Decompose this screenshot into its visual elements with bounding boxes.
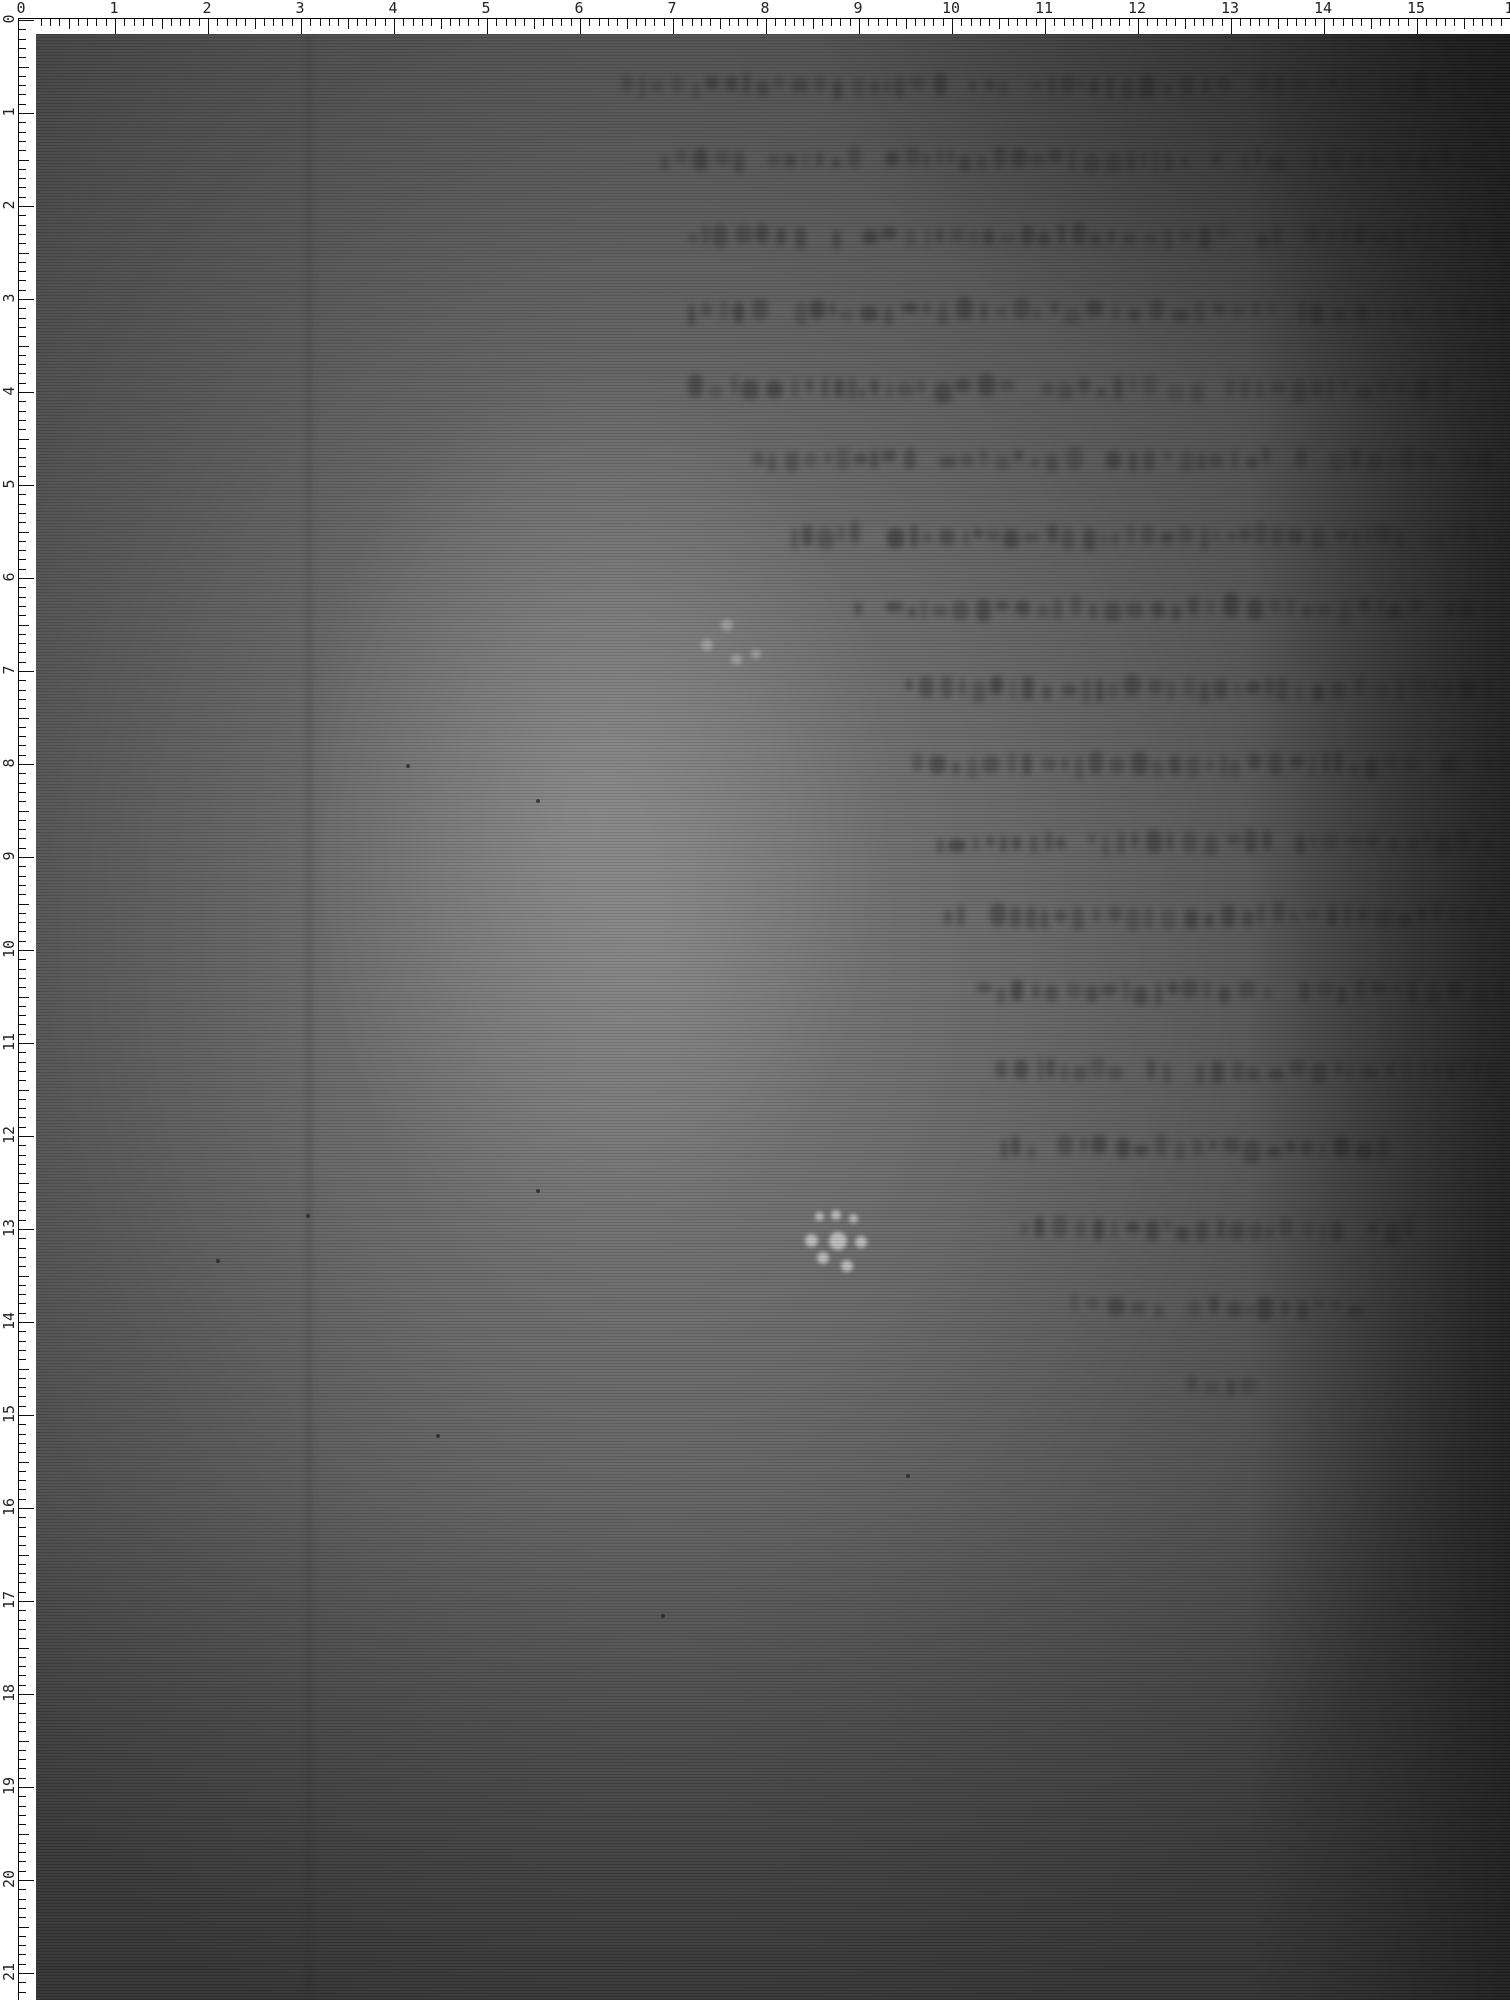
ruler-label: 11: [1, 1033, 17, 1051]
ruler-label: 12: [1, 1126, 17, 1144]
ruler-tick: [19, 1564, 26, 1565]
ruler-tick: [19, 57, 26, 58]
ruler-tick: [96, 19, 97, 26]
ruler-tick: [1464, 19, 1465, 29]
ruler-tick: [19, 1471, 26, 1472]
ruler-tick: [282, 19, 283, 26]
ruler-tick: [180, 19, 181, 26]
ruler-tick: [162, 19, 163, 29]
ruler-tick: [1259, 19, 1260, 26]
ruler-tick: [19, 1285, 26, 1286]
ruler-tick: [459, 19, 460, 26]
ruler-tick: [1296, 19, 1297, 26]
ruler-tick: [1194, 19, 1195, 26]
ruler-tick: [19, 243, 26, 244]
ruler-label: 0: [1, 10, 17, 28]
ruler-tick: [19, 894, 26, 895]
ruler-tick: [19, 1052, 26, 1053]
ruler-tick: [19, 1685, 26, 1686]
ruler-tick: [19, 1266, 26, 1267]
ruler-tick: [710, 19, 711, 26]
dust-speck: [661, 1614, 665, 1618]
ruler-tick: [478, 19, 479, 26]
ruler-tick: [933, 19, 934, 26]
ruler-label: 10: [942, 0, 960, 16]
ruler-tick: [915, 19, 916, 26]
dust-speck: [436, 1434, 440, 1438]
ruler-tick: [1287, 19, 1288, 26]
ruler-tick: [19, 318, 26, 319]
ruler-tick: [654, 19, 655, 26]
ruler-tick: [19, 271, 26, 272]
ruler-label: 2: [1, 196, 17, 214]
ruler-tick: [794, 19, 795, 26]
ruler-tick: [757, 19, 758, 26]
ruler-tick: [19, 1815, 26, 1816]
ruler-tick: [19, 1108, 26, 1109]
ruler-tick: [19, 922, 26, 923]
ruler-tick: [487, 19, 488, 34]
ruler-tick: [19, 801, 26, 802]
ruler-tick: [19, 1117, 26, 1118]
dust-speck: [406, 764, 410, 768]
ruler-label: 13: [1, 1219, 17, 1237]
ruler-tick: [87, 19, 88, 26]
ruler-tick: [636, 19, 637, 26]
ruler-tick: [227, 19, 228, 26]
ruler-tick: [59, 19, 60, 26]
ruler-tick: [199, 19, 200, 26]
ruler-tick: [1026, 19, 1027, 26]
ruler-tick: [1268, 19, 1269, 26]
ruler-tick: [896, 19, 897, 26]
ruler-tick: [19, 652, 26, 653]
ruler-tick: [292, 19, 293, 26]
ruler-tick: [19, 104, 26, 105]
ruler-tick: [19, 383, 26, 384]
ruler-tick: [19, 978, 26, 979]
ruler-tick: [19, 1908, 26, 1909]
ruler-tick: [831, 19, 832, 26]
ruler-tick: [19, 941, 26, 942]
ruler-label: 16: [1, 1498, 17, 1516]
ruler-tick: [124, 19, 125, 26]
ruler-tick: [19, 1861, 26, 1862]
ruler-tick: [19, 411, 26, 412]
ruler-tick: [19, 1638, 26, 1639]
ruler-tick: [19, 1192, 26, 1193]
ruler-tick: [106, 19, 107, 26]
ruler-tick: [19, 1396, 26, 1397]
ruler-label: 4: [1, 382, 17, 400]
ruler-tick: [19, 1806, 26, 1807]
ruler-tick: [19, 160, 29, 161]
ruler-tick: [19, 67, 29, 68]
ruler-tick: [19, 308, 26, 309]
ruler-tick: [19, 541, 26, 542]
ruler-tick: [19, 1424, 26, 1425]
ruler-tick: [19, 1936, 26, 1937]
ruler-tick: [19, 643, 26, 644]
ruler-tick: [1166, 19, 1167, 26]
ruler-tick: [375, 19, 376, 26]
ruler-tick: [1203, 19, 1204, 26]
ruler-label: 11: [1035, 0, 1053, 16]
ruler-tick: [19, 1899, 26, 1900]
ruler-tick: [571, 19, 572, 26]
ruler-label: 15: [1, 1405, 17, 1423]
ruler-tick: [19, 1248, 26, 1249]
ruler-tick: [19, 1629, 26, 1630]
ruler-tick: [19, 634, 26, 635]
ruler-tick: [19, 1480, 26, 1481]
ruler-tick: [19, 1350, 26, 1351]
ruler-label: 1: [109, 0, 118, 16]
ruler-label: 1: [1504, 0, 1510, 16]
ruler-tick: [19, 299, 34, 300]
ruler-tick: [19, 1024, 26, 1025]
ruler-tick: [19, 373, 26, 374]
ruler-tick: [19, 615, 26, 616]
ruler-tick: [1482, 19, 1483, 26]
ruler-tick: [19, 280, 26, 281]
ruler-tick: [41, 19, 42, 26]
left-ruler: [18, 18, 35, 2000]
ruler-tick: [1147, 19, 1148, 26]
ruler-tick: [1324, 19, 1325, 34]
ruler-label: 13: [1221, 0, 1239, 16]
ruler-tick: [878, 19, 879, 26]
ruler-tick: [19, 1731, 26, 1732]
ruler-tick: [441, 19, 442, 29]
ruler-tick: [19, 1136, 34, 1137]
ruler-tick: [19, 122, 26, 123]
ruler-tick: [19, 885, 26, 886]
ruler-tick: [19, 1015, 26, 1016]
ruler-tick: [422, 19, 423, 26]
ruler-tick: [19, 522, 26, 523]
ruler-tick: [19, 997, 29, 998]
ruler-tick: [19, 1387, 26, 1388]
ruler-tick: [19, 1313, 26, 1314]
ruler-tick: [19, 1006, 26, 1007]
ruler-tick: [19, 150, 26, 151]
ruler-tick: [19, 829, 26, 830]
ruler-tick: [1380, 19, 1381, 26]
ruler-tick: [1119, 19, 1120, 26]
ruler-tick: [859, 19, 860, 34]
ruler-label: 12: [1128, 0, 1146, 16]
ruler-tick: [19, 904, 29, 905]
ruler-tick: [366, 19, 367, 26]
ruler-tick: [19, 773, 26, 774]
ruler-tick: [887, 19, 888, 26]
ruler-tick: [19, 1713, 26, 1714]
ruler-tick: [19, 169, 26, 170]
ruler-tick: [19, 1871, 26, 1872]
ruler-tick: [19, 727, 26, 728]
ruler-tick: [19, 1210, 26, 1211]
ruler-tick: [1175, 19, 1176, 26]
ruler-tick: [19, 1499, 26, 1500]
ruler-tick: [189, 19, 190, 26]
ruler-tick: [19, 783, 26, 784]
ruler-tick: [19, 1964, 26, 1965]
ruler-tick: [19, 1834, 29, 1835]
ruler-tick: [1240, 19, 1241, 26]
ruler-tick: [1352, 19, 1353, 26]
ruler-tick: [19, 457, 26, 458]
ruler-tick: [19, 1843, 26, 1844]
ruler-tick: [19, 1536, 26, 1537]
ruler-tick: [19, 1927, 29, 1928]
ruler-tick: [19, 578, 34, 579]
ruler-tick: [19, 1675, 26, 1676]
ruler-tick: [19, 718, 29, 719]
ruler-tick: [19, 1973, 34, 1974]
ruler-tick: [19, 1657, 26, 1658]
ruler-tick: [19, 346, 29, 347]
ruler-tick: [692, 19, 693, 26]
ruler-tick: [1315, 19, 1316, 26]
ruler-tick: [19, 1173, 26, 1174]
ruler-tick: [19, 1238, 26, 1239]
ruler-tick: [19, 234, 26, 235]
ruler-tick: [19, 1517, 26, 1518]
ruler-tick: [19, 1127, 26, 1128]
ruler-tick: [19, 420, 26, 421]
ruler-tick: [19, 225, 26, 226]
ruler-tick: [506, 19, 507, 26]
ruler-tick: [19, 931, 26, 932]
ruler-tick: [19, 178, 26, 179]
ruler-label: 17: [1, 1591, 17, 1609]
ruler-tick: [1501, 19, 1502, 26]
ruler-tick: [357, 19, 358, 26]
ruler-label: 9: [1, 847, 17, 865]
ruler-tick: [301, 19, 302, 34]
ruler-tick: [19, 336, 26, 337]
ruler-tick: [19, 1443, 26, 1444]
ruler-tick: [348, 19, 349, 29]
ruler-tick: [19, 1759, 26, 1760]
ruler-tick: [1278, 19, 1279, 29]
ruler-tick: [19, 708, 26, 709]
ruler-label: 8: [760, 0, 769, 16]
ruler-tick: [255, 19, 256, 29]
ruler-tick: [19, 327, 26, 328]
ruler-tick: [496, 19, 497, 26]
ruler-tick: [431, 19, 432, 26]
ruler-label: 7: [667, 0, 676, 16]
ruler-tick: [19, 950, 34, 951]
ruler-tick: [245, 19, 246, 26]
ruler-tick: [19, 587, 26, 588]
ruler-tick: [608, 19, 609, 26]
ruler-tick: [19, 364, 26, 365]
ruler-tick: [19, 838, 26, 839]
ruler-tick: [236, 19, 237, 26]
ruler-label: 10: [1, 940, 17, 958]
ruler-tick: [19, 1145, 26, 1146]
ruler-tick: [627, 19, 628, 29]
ruler-tick: [19, 866, 26, 867]
ruler-tick: [19, 1722, 26, 1723]
ruler-label: 6: [574, 0, 583, 16]
ruler-tick: [19, 1527, 26, 1528]
ruler-tick: [19, 690, 26, 691]
ruler-tick: [19, 392, 34, 393]
ruler-tick: [19, 485, 34, 486]
ruler-tick: [19, 494, 26, 495]
ruler-tick: [19, 1378, 26, 1379]
ruler-tick: [171, 19, 172, 26]
ruler-tick: [19, 559, 26, 560]
ruler-tick: [19, 755, 26, 756]
ruler-tick: [208, 19, 209, 34]
ruler-tick: [19, 764, 34, 765]
ruler-tick: [19, 987, 26, 988]
ruler-tick: [19, 1303, 26, 1304]
ruler-tick: [338, 19, 339, 26]
ruler-tick: [19, 1183, 29, 1184]
ruler-tick: [19, 290, 26, 291]
ruler-tick: [19, 736, 26, 737]
ruler-tick: [664, 19, 665, 26]
ruler-tick: [19, 132, 26, 133]
ruler-tick: [19, 262, 26, 263]
ruler-tick: [19, 466, 26, 467]
ruler-tick: [19, 1545, 26, 1546]
ruler-tick: [840, 19, 841, 26]
ruler-tick: [766, 19, 767, 34]
ruler-tick: [1426, 19, 1427, 26]
ruler-tick: [19, 1341, 26, 1342]
ruler-label: 8: [1, 754, 17, 772]
ruler-tick: [803, 19, 804, 26]
ruler-tick: [19, 1824, 26, 1825]
ruler-tick: [1250, 19, 1251, 26]
ruler-tick: [1036, 19, 1037, 26]
ruler-label: 3: [1, 289, 17, 307]
ruler-tick: [961, 19, 962, 26]
ruler-tick: [19, 1294, 26, 1295]
ruler-tick: [1371, 19, 1372, 29]
ruler-tick: [468, 19, 469, 26]
ruler-tick: [19, 1555, 29, 1556]
ruler-tick: [19, 48, 26, 49]
ruler-tick: [813, 19, 814, 29]
ruler-tick: [19, 1703, 26, 1704]
ruler-tick: [822, 19, 823, 26]
ruler-tick: [19, 439, 29, 440]
ruler-tick: [19, 1620, 26, 1621]
ruler-tick: [19, 1592, 26, 1593]
ruler-tick: [329, 19, 330, 26]
ruler-tick: [952, 19, 953, 34]
ruler-tick: [19, 1220, 26, 1221]
ruler-tick: [19, 1750, 26, 1751]
ruler-label: 5: [481, 0, 490, 16]
ruler-tick: [19, 1034, 26, 1035]
ruler-tick: [1408, 19, 1409, 26]
ruler-label: 21: [1, 1963, 17, 1981]
ruler-tick: [19, 820, 26, 821]
ruler-tick: [1361, 19, 1362, 26]
ruler-tick: [19, 1787, 34, 1788]
ruler-tick: [19, 429, 26, 430]
ruler-tick: [19, 597, 26, 598]
ruler-tick: [385, 19, 386, 26]
ruler-tick: [115, 19, 116, 34]
ruler-tick: [701, 19, 702, 26]
ruler-tick: [143, 19, 144, 26]
ruler-tick: [19, 1062, 26, 1063]
ruler-tick: [19, 1992, 26, 1993]
ruler-tick: [1491, 19, 1492, 26]
ruler-tick: [599, 19, 600, 26]
ruler-tick: [19, 85, 26, 86]
ruler-tick: [729, 19, 730, 26]
ruler-tick: [1212, 19, 1213, 26]
ruler-tick: [19, 1452, 26, 1453]
ruler-tick: [645, 19, 646, 26]
ruler-tick: [850, 19, 851, 26]
ruler-tick: [580, 19, 581, 34]
ruler-tick: [217, 19, 218, 26]
ruler-tick: [980, 19, 981, 26]
ruler-tick: [78, 19, 79, 26]
ruler-tick: [19, 187, 26, 188]
dust-speck: [536, 799, 540, 803]
ruler-tick: [19, 141, 26, 142]
ruler-tick: [552, 19, 553, 26]
ruler-tick: [1222, 19, 1223, 26]
ruler-label: 6: [1, 568, 17, 586]
ruler-tick: [534, 19, 535, 29]
ruler-tick: [19, 1945, 26, 1946]
ruler-tick: [19, 513, 26, 514]
ruler-tick: [273, 19, 274, 26]
ruler-tick: [19, 857, 34, 858]
ruler-tick: [1305, 19, 1306, 26]
ruler-tick: [19, 959, 26, 960]
scanline-texture: [36, 34, 1510, 2000]
ruler-tick: [19, 1434, 26, 1435]
ruler-tick: [264, 19, 265, 26]
ruler-tick: [310, 19, 311, 26]
ruler-tick: [1389, 19, 1390, 26]
ruler-tick: [19, 1359, 26, 1360]
ruler-tick: [19, 550, 26, 551]
ruler-tick: [19, 532, 29, 533]
ruler-tick: [1054, 19, 1055, 26]
ruler-tick: [19, 20, 34, 21]
dust-speck: [906, 1474, 910, 1478]
ruler-label: 14: [1, 1312, 17, 1330]
ruler-tick: [50, 19, 51, 26]
ruler-tick: [19, 680, 26, 681]
ruler-tick: [69, 19, 70, 29]
ruler-tick: [413, 19, 414, 26]
ruler-tick: [971, 19, 972, 26]
ruler-tick: [1157, 19, 1158, 26]
ruler-label: 9: [853, 0, 862, 16]
ruler-tick: [19, 1201, 26, 1202]
ruler-tick: [19, 215, 26, 216]
ruler-tick: [19, 1508, 34, 1509]
ruler-tick: [19, 1229, 34, 1230]
